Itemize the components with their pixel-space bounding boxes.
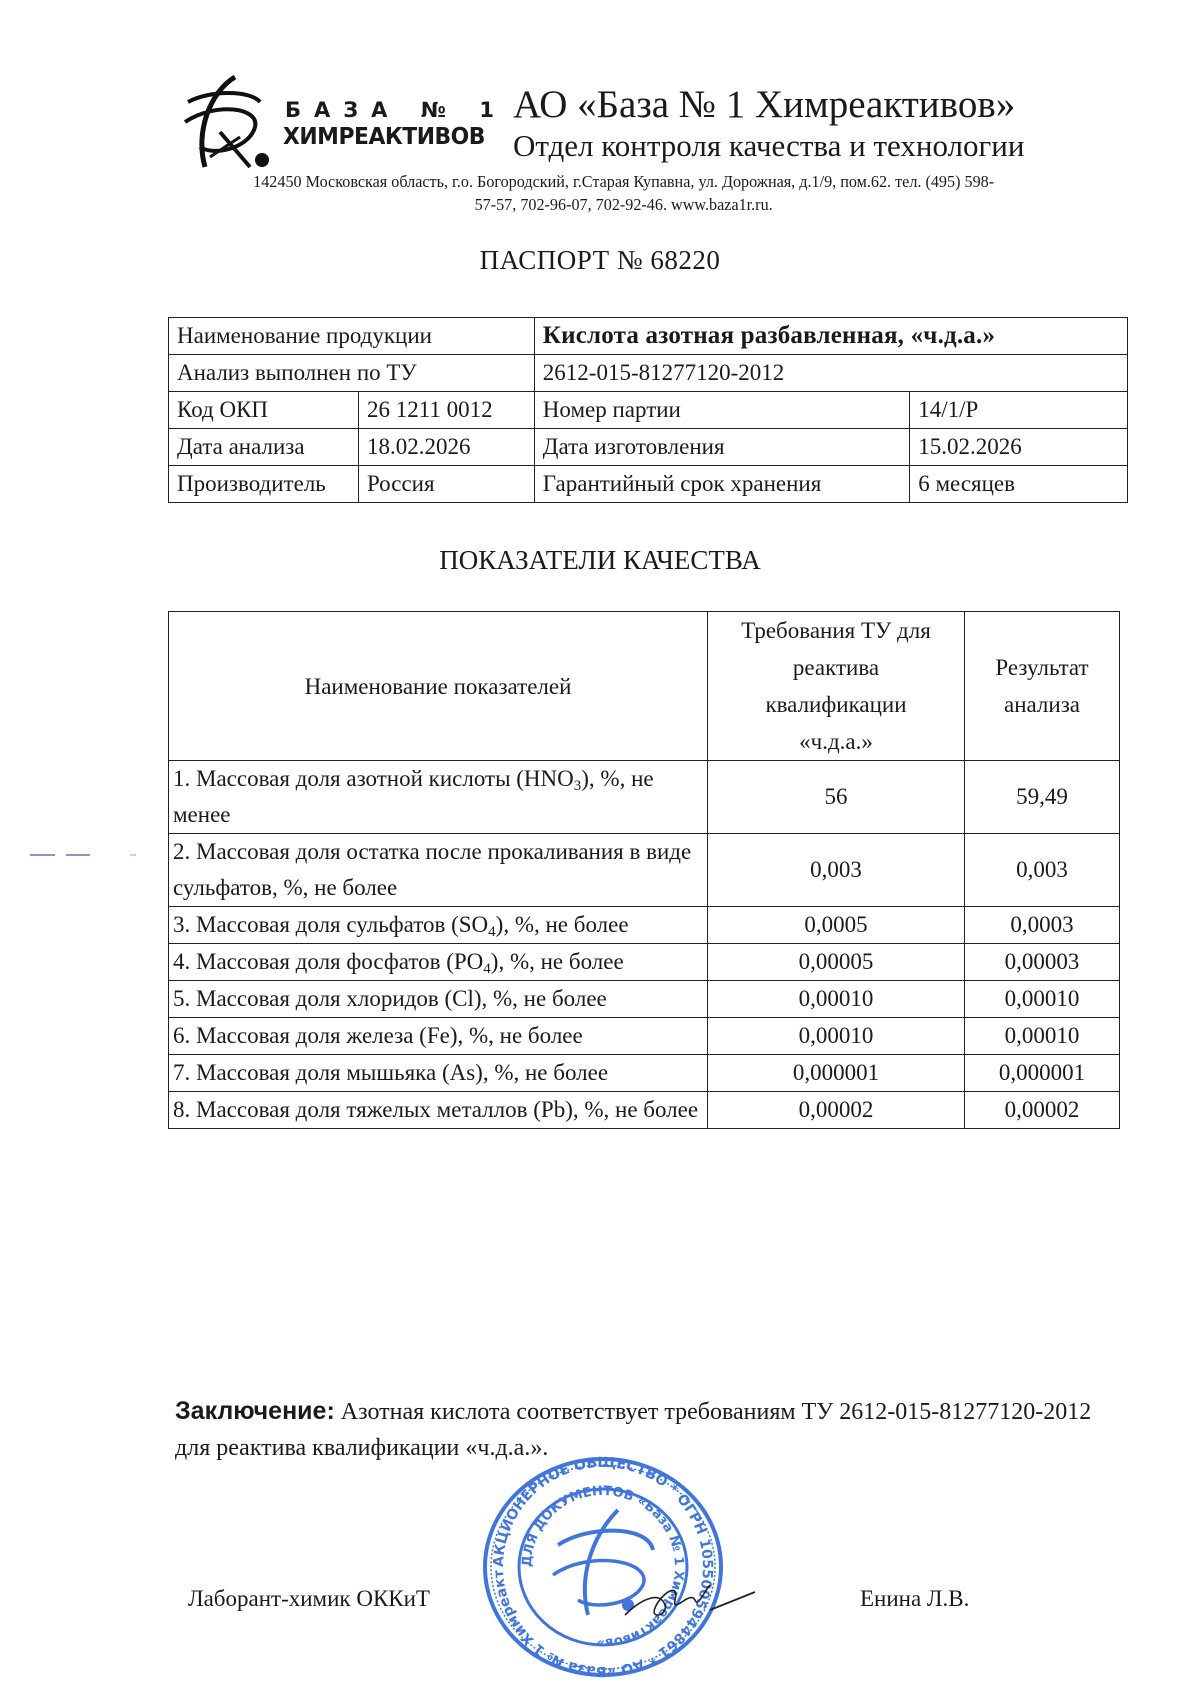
product-label: Наименование продукции — [169, 318, 535, 355]
address-line-2: 57-57, 702-96-07, 702-92-46. www.baza1r.… — [170, 193, 1077, 216]
brand-line-1: БАЗА № 1 — [285, 98, 507, 122]
okp-label: Код ОКП — [169, 392, 359, 429]
requirement-header-line: квалификации — [712, 686, 960, 723]
indicator-result: 0,0003 — [965, 907, 1120, 944]
table-row: Дата анализа 18.02.2026 Дата изготовлени… — [169, 429, 1128, 466]
table-row: Производитель Россия Гарантийный срок хр… — [169, 466, 1128, 503]
table-row: Наименование продукции Кислота азотная р… — [169, 318, 1128, 355]
requirement-header-line: реактива — [712, 649, 960, 686]
indicator-name: 1. Массовая доля азотной кислоты (HNO3),… — [169, 761, 708, 834]
indicator-name: 5. Массовая доля хлоридов (Cl), %, не бо… — [169, 981, 708, 1018]
indicator-requirement: 0,00010 — [708, 981, 965, 1018]
indicator-requirement: 0,00010 — [708, 1018, 965, 1055]
signatory-role: Лаборант-химик ОККиТ — [188, 1586, 430, 1612]
column-header-requirement: Требования ТУ для реактива квалификации … — [708, 612, 965, 761]
indicator-requirement: 0,00005 — [708, 944, 965, 981]
manufacture-date-value: 15.02.2026 — [910, 429, 1128, 466]
indicator-result: 0,00010 — [965, 1018, 1120, 1055]
table-row: Анализ выполнен по ТУ 2612-015-81277120-… — [169, 355, 1128, 392]
product-info-table: Наименование продукции Кислота азотная р… — [168, 317, 1128, 503]
table-header-row: Наименование показателей Требования ТУ д… — [169, 612, 1120, 761]
requirement-header-line: Требования ТУ для — [712, 612, 960, 649]
indicator-result: 0,00010 — [965, 981, 1120, 1018]
indicator-name: 8. Массовая доля тяжелых металлов (Pb), … — [169, 1092, 708, 1129]
company-address: 142450 Московская область, г.о. Богородс… — [170, 170, 1077, 216]
shelf-life-label: Гарантийный срок хранения — [534, 466, 909, 503]
batch-label: Номер партии — [534, 392, 909, 429]
indicator-name: 6. Массовая доля железа (Fe), %, не боле… — [169, 1018, 708, 1055]
indicator-name: 3. Массовая доля сульфатов (SO4), %, не … — [169, 907, 708, 944]
address-line-1: 142450 Московская область, г.о. Богородс… — [170, 170, 1077, 193]
quality-section-title: ПОКАЗАТЕЛИ КАЧЕСТВА — [0, 545, 1200, 576]
result-header-line: Результат — [969, 649, 1115, 686]
indicator-requirement: 0,003 — [708, 834, 965, 907]
table-row: 8. Массовая доля тяжелых металлов (Pb), … — [169, 1092, 1120, 1129]
table-row: 5. Массовая доля хлоридов (Cl), %, не бо… — [169, 981, 1120, 1018]
quality-table-body: 1. Массовая доля азотной кислоты (HNO3),… — [169, 761, 1120, 1129]
signatory-name: Енина Л.В. — [860, 1586, 969, 1612]
column-header-name: Наименование показателей — [169, 612, 708, 761]
indicator-result: 0,003 — [965, 834, 1120, 907]
tu-label: Анализ выполнен по ТУ — [169, 355, 535, 392]
indicator-requirement: 0,00002 — [708, 1092, 965, 1129]
indicator-name: 2. Массовая доля остатка после прокалива… — [169, 834, 708, 907]
manufacturer-label: Производитель — [169, 466, 359, 503]
indicator-result: 0,000001 — [965, 1055, 1120, 1092]
table-row: 1. Массовая доля азотной кислоты (HNO3),… — [169, 761, 1120, 834]
indicator-name: 7. Массовая доля мышьяка (As), %, не бол… — [169, 1055, 708, 1092]
product-value: Кислота азотная разбавленная, «ч.д.а.» — [534, 318, 1127, 355]
result-header-line: анализа — [969, 686, 1115, 723]
handwritten-signature-icon — [620, 1570, 755, 1630]
indicator-requirement: 0,0005 — [708, 907, 965, 944]
company-name: АО «База № 1 Химреактивов» — [513, 82, 1015, 127]
conclusion-label: Заключение: — [175, 1397, 335, 1425]
table-row: Код ОКП 26 1211 0012 Номер партии 14/1/Р — [169, 392, 1128, 429]
indicator-result: 59,49 — [965, 761, 1120, 834]
batch-value: 14/1/Р — [910, 392, 1128, 429]
table-row: 6. Массовая доля железа (Fe), %, не боле… — [169, 1018, 1120, 1055]
brand-line-2: ХИМРЕАКТИВОВ — [283, 124, 485, 150]
manufacture-date-label: Дата изготовления — [534, 429, 909, 466]
requirement-header-line: «ч.д.а.» — [712, 723, 960, 760]
table-row: 4. Массовая доля фосфатов (PO4), %, не б… — [169, 944, 1120, 981]
indicator-requirement: 56 — [708, 761, 965, 834]
department-name: Отдел контроля качества и технологии — [513, 128, 1024, 164]
table-row: 2. Массовая доля остатка после прокалива… — [169, 834, 1120, 907]
indicator-result: 0,00002 — [965, 1092, 1120, 1129]
shelf-life-value: 6 месяцев — [910, 466, 1128, 503]
okp-value: 26 1211 0012 — [358, 392, 534, 429]
analysis-date-label: Дата анализа — [169, 429, 359, 466]
indicator-name: 4. Массовая доля фосфатов (PO4), %, не б… — [169, 944, 708, 981]
table-row: 7. Массовая доля мышьяка (As), %, не бол… — [169, 1055, 1120, 1092]
table-row: 3. Массовая доля сульфатов (SO4), %, не … — [169, 907, 1120, 944]
indicator-requirement: 0,000001 — [708, 1055, 965, 1092]
tu-value: 2612-015-81277120-2012 — [534, 355, 1127, 392]
quality-table: Наименование показателей Требования ТУ д… — [168, 611, 1120, 1129]
analysis-date-value: 18.02.2026 — [358, 429, 534, 466]
atom-orbit-logo-icon — [180, 72, 270, 172]
scan-artifact-marks — [30, 852, 160, 858]
manufacturer-value: Россия — [358, 466, 534, 503]
indicator-result: 0,00003 — [965, 944, 1120, 981]
passport-title: ПАСПОРТ № 68220 — [0, 245, 1200, 276]
company-seal-stamp-icon: АКЦИОНЕРНОЕ ОБЩЕСТВО * ОГРН 105500594486… — [478, 1455, 728, 1680]
column-header-result: Результат анализа — [965, 612, 1120, 761]
